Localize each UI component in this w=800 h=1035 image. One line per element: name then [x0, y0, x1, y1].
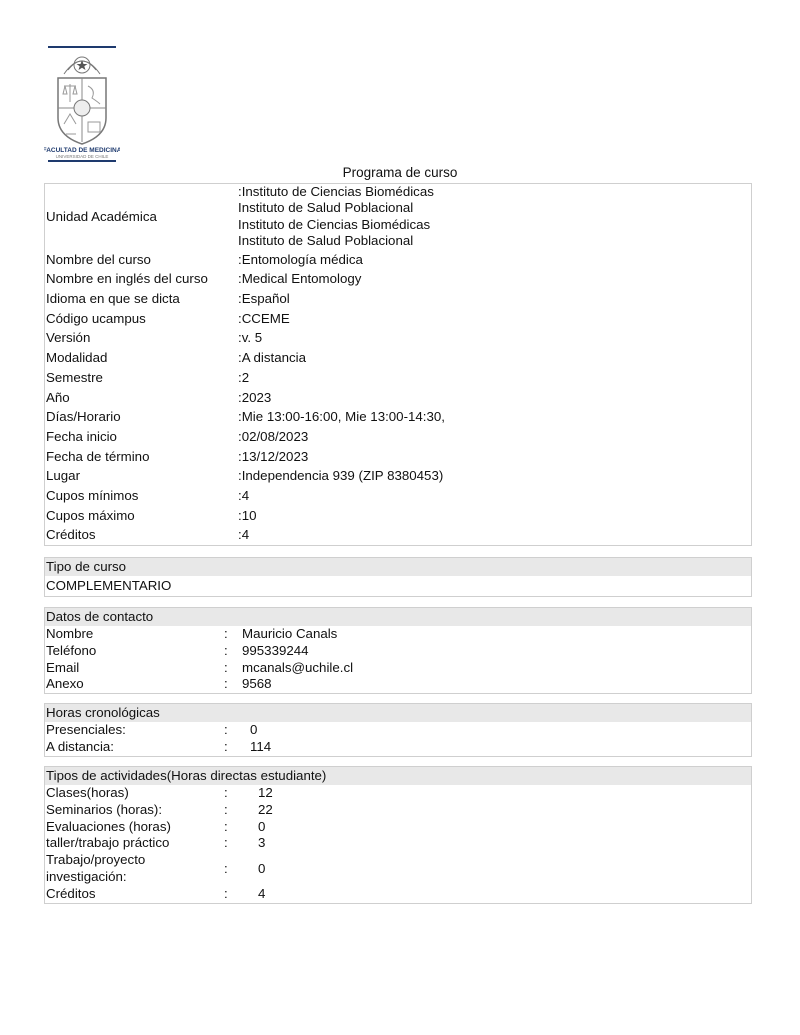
info-row: Nombre del curso:Entomología médica	[45, 250, 751, 270]
field-label: Anexo	[45, 676, 224, 693]
field-label: Evaluaciones (horas)	[45, 819, 224, 836]
field-value: 4	[258, 886, 751, 903]
key-value-row: Anexo:9568	[45, 676, 751, 693]
separator: :	[224, 802, 258, 819]
key-value-row: Email:mcanals@uchile.cl	[45, 660, 751, 677]
field-value: :Medical Entomology	[238, 269, 751, 289]
separator: :	[224, 626, 242, 643]
field-label: Fecha inicio	[45, 427, 238, 447]
section-heading: Horas cronológicas	[45, 704, 751, 722]
key-value-row: taller/trabajo práctico:3	[45, 835, 751, 852]
field-value: Instituto de Ciencias Biomédicas	[238, 217, 434, 233]
horas-section: Horas cronológicas Presenciales::0A dist…	[44, 703, 752, 757]
info-row: Idioma en que se dicta:Español	[45, 289, 751, 309]
field-value: :4	[238, 486, 751, 506]
info-row: Año:2023	[45, 388, 751, 408]
field-value: :Español	[238, 289, 751, 309]
field-value: :2023	[238, 388, 751, 408]
separator: :	[224, 835, 258, 852]
info-row: Cupos máximo:10	[45, 506, 751, 526]
field-label: Cupos mínimos	[45, 486, 238, 506]
field-value: :Entomología médica	[238, 250, 751, 270]
field-value: Mauricio Canals	[242, 626, 751, 643]
course-info-table: Unidad Académica :Instituto de Ciencias …	[44, 183, 752, 546]
info-row: Días/Horario:Mie 13:00-16:00, Mie 13:00-…	[45, 407, 751, 427]
field-label: Semestre	[45, 368, 238, 388]
field-value: :v. 5	[238, 328, 751, 348]
field-value: :Independencia 939 (ZIP 8380453)	[238, 466, 751, 486]
field-value: :13/12/2023	[238, 447, 751, 467]
field-value: 0	[258, 861, 751, 878]
unidad-academica-values: :Instituto de Ciencias Biomédicas Instit…	[238, 184, 434, 250]
key-value-row: Trabajo/proyecto investigación::0	[45, 852, 751, 886]
field-label: Versión	[45, 328, 238, 348]
field-value: 22	[258, 802, 751, 819]
field-label: Trabajo/proyecto investigación:	[45, 852, 224, 886]
field-label: Presenciales:	[45, 722, 224, 739]
field-label: Cupos máximo	[45, 506, 238, 526]
field-value: 9568	[242, 676, 751, 693]
key-value-row: Teléfono:995339244	[45, 643, 751, 660]
separator: :	[224, 722, 250, 739]
field-label: Créditos	[45, 525, 238, 545]
info-row: Modalidad:A distancia	[45, 348, 751, 368]
university-crest-icon: FACULTAD DE MEDICINA UNIVERSIDAD DE CHIL…	[44, 44, 120, 162]
info-row: Semestre:2	[45, 368, 751, 388]
info-row: Código ucampus:CCEME	[45, 309, 751, 329]
field-label: Seminarios (horas):	[45, 802, 224, 819]
key-value-row: Clases(horas):12	[45, 785, 751, 802]
key-value-row: A distancia::114	[45, 739, 751, 756]
field-value: :A distancia	[238, 348, 751, 368]
page-title: Programa de curso	[0, 165, 800, 180]
info-row: Nombre en inglés del curso:Medical Entom…	[45, 269, 751, 289]
field-value: :Mie 13:00-16:00, Mie 13:00-14:30,	[238, 407, 751, 427]
field-value: Instituto de Salud Poblacional	[238, 200, 434, 216]
info-row: Fecha inicio:02/08/2023	[45, 427, 751, 447]
field-value: 12	[258, 785, 751, 802]
field-value: 0	[250, 722, 751, 739]
field-label: Idioma en que se dicta	[45, 289, 238, 309]
info-row: Créditos:4	[45, 525, 751, 545]
field-value: 0	[258, 819, 751, 836]
faculty-logo: FACULTAD DE MEDICINA UNIVERSIDAD DE CHIL…	[44, 44, 120, 162]
info-row: Versión:v. 5	[45, 328, 751, 348]
tipo-curso-value: COMPLEMENTARIO	[45, 576, 751, 596]
field-label: Código ucampus	[45, 309, 238, 329]
separator: :	[224, 739, 250, 756]
field-value: :2	[238, 368, 751, 388]
field-label: Días/Horario	[45, 407, 238, 427]
separator: :	[224, 861, 258, 878]
field-value: :Instituto de Ciencias Biomédicas	[238, 184, 434, 200]
field-value: :10	[238, 506, 751, 526]
field-label: Clases(horas)	[45, 785, 224, 802]
key-value-row: Seminarios (horas)::22	[45, 802, 751, 819]
field-value: :CCEME	[238, 309, 751, 329]
separator: :	[224, 643, 242, 660]
field-label: Lugar	[45, 466, 238, 486]
key-value-row: Evaluaciones (horas):0	[45, 819, 751, 836]
field-label: Unidad Académica	[45, 209, 238, 224]
field-value: Instituto de Salud Poblacional	[238, 233, 434, 249]
separator: :	[224, 886, 258, 903]
field-value: :4	[238, 525, 751, 545]
info-row: Cupos mínimos:4	[45, 486, 751, 506]
field-label: Año	[45, 388, 238, 408]
contacto-section: Datos de contacto Nombre:Mauricio Canals…	[44, 607, 752, 694]
field-value: 995339244	[242, 643, 751, 660]
field-label: A distancia:	[45, 739, 224, 756]
field-label: Nombre	[45, 626, 224, 643]
separator: :	[224, 785, 258, 802]
section-heading: Tipo de curso	[45, 558, 751, 576]
field-label: Modalidad	[45, 348, 238, 368]
field-value: 3	[258, 835, 751, 852]
field-label: Email	[45, 660, 224, 677]
separator: :	[224, 676, 242, 693]
field-label: Fecha de término	[45, 447, 238, 467]
field-label: Créditos	[45, 886, 224, 903]
tipo-curso-section: Tipo de curso COMPLEMENTARIO	[44, 557, 752, 597]
key-value-row: Créditos:4	[45, 886, 751, 903]
key-value-row: Nombre:Mauricio Canals	[45, 626, 751, 643]
field-label: Teléfono	[45, 643, 224, 660]
svg-text:FACULTAD DE MEDICINA: FACULTAD DE MEDICINA	[44, 147, 120, 154]
svg-text:UNIVERSIDAD DE CHILE: UNIVERSIDAD DE CHILE	[56, 154, 109, 159]
field-value: mcanals@uchile.cl	[242, 660, 751, 677]
key-value-row: Presenciales::0	[45, 722, 751, 739]
info-row: Lugar:Independencia 939 (ZIP 8380453)	[45, 466, 751, 486]
info-row: Fecha de término:13/12/2023	[45, 447, 751, 467]
field-value: :02/08/2023	[238, 427, 751, 447]
field-label: Nombre del curso	[45, 250, 238, 270]
actividades-section: Tipos de actividades(Horas directas estu…	[44, 766, 752, 904]
unidad-academica-row: Unidad Académica :Instituto de Ciencias …	[45, 184, 751, 250]
separator: :	[224, 660, 242, 677]
section-heading: Datos de contacto	[45, 608, 751, 626]
field-label: Nombre en inglés del curso	[45, 269, 238, 289]
field-value: 114	[250, 739, 751, 756]
field-label: taller/trabajo práctico	[45, 835, 224, 852]
section-heading: Tipos de actividades(Horas directas estu…	[45, 767, 751, 785]
separator: :	[224, 819, 258, 836]
